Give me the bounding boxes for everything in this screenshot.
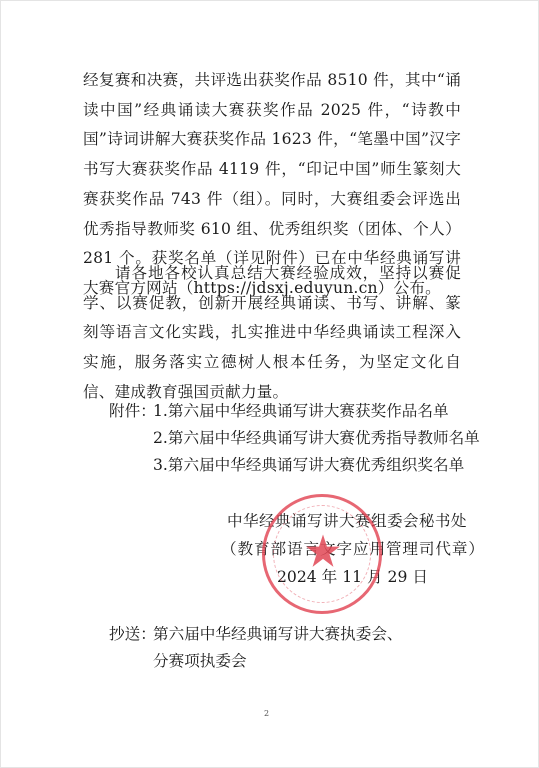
cc-item: 分赛项执委会 <box>153 648 403 675</box>
signature-date: 2024 年 11 月 29 日 <box>277 565 428 587</box>
cc-label: 抄送： <box>109 621 156 648</box>
document-page: 经复赛和决赛，共评选出获奖作品 8510 件，其中“诵读中国”经典诵读大赛获奖作… <box>0 0 539 768</box>
attachments-list: 1.第六届中华经典诵写讲大赛获奖作品名单 2.第六届中华经典诵写讲大赛优秀指导教… <box>153 398 480 479</box>
attachment-item: 2.第六届中华经典诵写讲大赛优秀指导教师名单 <box>153 425 480 452</box>
cc-item: 第六届中华经典诵写讲大赛执委会、 <box>153 621 403 648</box>
body-paragraph-call-to-action: 请各地各校认真总结大赛经验成效，坚持以赛促学、以赛促教，创新开展经典诵读、书写、… <box>83 259 461 408</box>
cc-list: 第六届中华经典诵写讲大赛执委会、 分赛项执委会 <box>153 621 403 675</box>
signature-organization: 中华经典诵写讲大赛组委会秘书处 <box>227 509 467 531</box>
signature-proxy-note: （教育部语言文字应用管理司代章） <box>221 537 485 559</box>
page-number: 2 <box>264 709 269 718</box>
attachments-label: 附件： <box>109 398 156 425</box>
attachment-item: 3.第六届中华经典诵写讲大赛优秀组织奖名单 <box>153 452 480 479</box>
attachment-item: 1.第六届中华经典诵写讲大赛获奖作品名单 <box>153 398 480 425</box>
